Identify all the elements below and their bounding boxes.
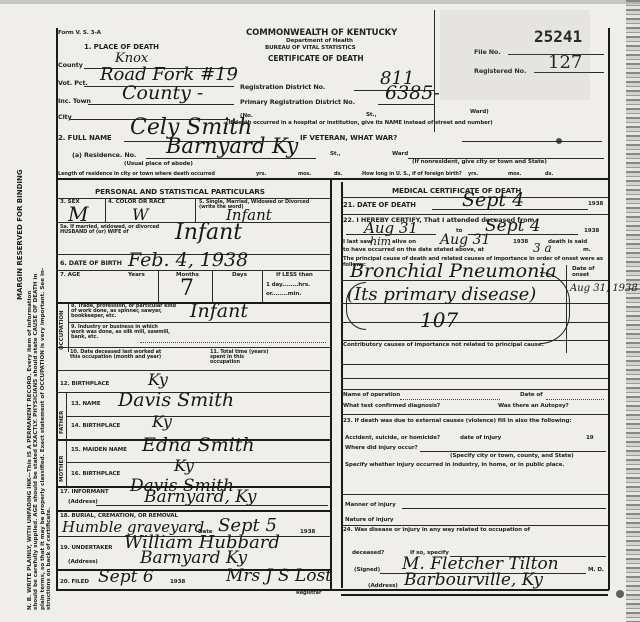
margin-instructions: N. B. WRITE PLAINLY, WITH UNFADING INK—T… xyxy=(27,268,53,610)
occupation-side-label: OCCUPATION xyxy=(59,310,65,350)
nature-label: Nature of injury xyxy=(345,518,393,524)
scan-top-edge xyxy=(0,0,640,4)
father-name-label: 13. NAME xyxy=(71,402,100,408)
dob-value: Feb. 4, 1938 xyxy=(128,251,248,270)
contrib-line-2 xyxy=(341,378,608,379)
inc-town-label: Inc. Town xyxy=(58,98,91,104)
date-of-death-value: Sept 4 xyxy=(462,191,524,210)
age-label: 7. AGE xyxy=(60,273,80,279)
spouse-value: Infant xyxy=(175,222,242,244)
residence-st-label: St., xyxy=(330,152,341,158)
date-onset-label: Date of onset xyxy=(572,267,604,278)
external-label: 23. If death was due to external causes … xyxy=(343,418,605,424)
st-label: St., xyxy=(366,113,377,119)
time-of-death-value: 3 a xyxy=(533,242,552,254)
mother-birthplace-label: 16. BIRTHPLACE xyxy=(71,472,120,478)
date-of-death-year: 1938 xyxy=(588,202,603,208)
us-yrs: yrs. xyxy=(468,172,478,177)
months-value: 7 xyxy=(180,278,194,300)
divider-top-sections xyxy=(56,178,609,180)
undertaker-label: 19. UNDERTAKER xyxy=(60,546,112,552)
occurred-text: to have occurred on the date stated abov… xyxy=(343,248,484,254)
registrar-value: Mrs J S Lost xyxy=(226,568,332,585)
father-birthplace-value: Ky xyxy=(152,414,172,430)
row-line-9 xyxy=(56,347,330,348)
industry-label: 9. Industry or business in which work wa… xyxy=(71,325,171,340)
manner-line xyxy=(402,508,606,509)
manner-label: Manner of injury xyxy=(345,503,396,509)
death-certificate: MARGIN RESERVED FOR BINDING N. B. WRITE … xyxy=(0,0,640,622)
header-bureau: BUREAU OF VITAL STATISTICS xyxy=(265,46,356,52)
row-line-10 xyxy=(56,370,330,371)
nonresident-note: (If nonresident, give city or town and S… xyxy=(412,160,547,166)
veteran-label: IF VETERAN, WHAT WAR? xyxy=(300,135,397,142)
address-line xyxy=(341,594,608,596)
last-saw-value: him xyxy=(370,236,391,247)
where-injury-line xyxy=(420,451,606,452)
md-suffix: M. D. xyxy=(588,568,604,574)
contrib-line-1 xyxy=(341,364,608,365)
row-line-17 xyxy=(56,510,330,512)
onset-value: Aug 31, 1938 xyxy=(570,284,638,294)
cause-1-value: Bronchial Pneumonia xyxy=(350,262,557,281)
injury-date-label: date of injury xyxy=(460,436,501,442)
residence-ward-label: Ward xyxy=(392,152,408,158)
residence-line xyxy=(146,158,316,159)
ward-label: Ward) xyxy=(470,110,489,116)
inc-town-value: County - xyxy=(122,84,203,103)
how-long-us: How long in U. S., if of foreign birth? xyxy=(362,172,462,177)
date-of-line xyxy=(546,399,604,400)
filed-value: Sept 6 xyxy=(98,569,154,586)
primary-registration-label: Primary Registration District No. xyxy=(240,99,355,105)
mother-side-line xyxy=(66,439,67,487)
or-min-label: or........min. xyxy=(266,292,301,298)
father-side-label: FATHER xyxy=(59,411,65,434)
informant-label: 17. INFORMANT xyxy=(60,490,109,496)
center-divider xyxy=(330,178,332,590)
county-label: County xyxy=(58,62,83,68)
residence-label: (a) Residence. No. xyxy=(72,152,136,158)
attended-to-value: Sept 4 xyxy=(485,218,541,235)
color-value: W xyxy=(132,207,148,223)
time-suffix: m. xyxy=(583,248,591,254)
trade-label: 8. Trade, profession, or particular kind… xyxy=(71,304,181,319)
last-worked-label: 10. Date deceased last worked at this oc… xyxy=(70,350,170,360)
primary-registration-line xyxy=(378,104,434,105)
alive-year: 1938 xyxy=(513,240,528,246)
age-divider-1 xyxy=(158,270,159,302)
residence-mos: mos. xyxy=(298,172,311,177)
occupation-side-line xyxy=(68,302,69,352)
row-line-23b xyxy=(341,525,608,526)
row-line-21 xyxy=(341,214,608,215)
cause-2-value: (Its primary disease) xyxy=(347,286,536,304)
header-department: Department of Health xyxy=(286,39,353,45)
scan-noise xyxy=(440,10,590,100)
father-birthplace-label: 14. BIRTHPLACE xyxy=(71,424,120,430)
industry-line xyxy=(140,342,326,343)
less-than-label: If LESS than xyxy=(276,273,313,279)
row-line-23a xyxy=(341,494,608,495)
scan-edge xyxy=(626,0,640,622)
registration-district-label: Registration District No. xyxy=(240,84,325,90)
deceased-label: deceased? xyxy=(352,551,384,557)
injury-year: 19 xyxy=(586,436,594,442)
color-marital-divider xyxy=(195,198,196,222)
hospital-note: (If death occurred in a hospital or inst… xyxy=(226,121,493,126)
usual-abode-note: (Usual place of abode) xyxy=(124,162,193,168)
contrib-line-3 xyxy=(341,389,608,390)
attended-from-line xyxy=(346,234,436,235)
day-hrs-label: 1 day........hrs. xyxy=(266,283,310,289)
personal-section-title: PERSONAL AND STATISTICAL PARTICULARS xyxy=(95,188,265,195)
sex-value: M xyxy=(68,204,88,224)
age-divider-3 xyxy=(262,270,263,302)
row-line-13 xyxy=(66,416,330,417)
alive-on-value: Aug 31 xyxy=(440,233,490,247)
residence-yrs: yrs. xyxy=(256,172,266,177)
mother-name-value: Edna Smith xyxy=(142,436,255,455)
attended-to-year: 1938 xyxy=(584,229,599,235)
margin-reserved-title: MARGIN RESERVED FOR BINDING xyxy=(16,169,24,300)
spouse-label: 5a. If married, widowed, or divorced HUS… xyxy=(60,225,160,235)
contributory-label: Contributory causes of importance not re… xyxy=(343,342,563,348)
header-certificate-title: CERTIFICATE OF DEATH xyxy=(268,55,364,63)
date-of-label: Date of xyxy=(520,393,542,399)
address-label: (Address) xyxy=(368,584,398,590)
alive-on-label: alive on xyxy=(392,240,416,246)
undertaker-address-value: Barnyard Ky xyxy=(140,550,247,567)
last-saw-label: I last saw xyxy=(343,240,372,246)
full-name-label: 2. FULL NAME xyxy=(58,135,112,142)
specify-city-note: (Specify city or town, county, and State… xyxy=(450,454,574,460)
operation-label: Name of operation xyxy=(343,393,400,399)
us-mos: mos. xyxy=(508,172,521,177)
row-line-8 xyxy=(68,322,330,323)
row-line-15 xyxy=(66,462,330,463)
address-value: Barbourville, Ky xyxy=(404,572,543,589)
mother-birthplace-value: Ky xyxy=(174,458,194,474)
us-ds: ds. xyxy=(545,172,553,177)
days-label: Days xyxy=(232,273,247,279)
header-divider xyxy=(434,10,435,132)
birthplace-value: Ky xyxy=(148,372,168,388)
place-of-death-heading: 1. PLACE OF DEATH xyxy=(84,44,159,51)
inc-town-line xyxy=(88,104,234,105)
date-of-death-label: 21. DATE OF DEATH xyxy=(343,202,416,209)
filed-year: 1938 xyxy=(170,580,185,586)
years-label: Years xyxy=(128,273,145,279)
specify-whether-label: Specify whether injury occurred in indus… xyxy=(345,462,605,468)
autopsy-label: Was there an Autopsy? xyxy=(498,404,569,410)
operation-line xyxy=(400,399,500,400)
header-commonwealth: COMMONWEALTH OF KENTUCKY xyxy=(246,29,397,38)
informant-address-value: Barnyard, Ky xyxy=(144,489,256,506)
row-line-6 xyxy=(56,270,330,271)
birthplace-label: 12. BIRTHPLACE xyxy=(60,382,109,388)
informant-address-label: (Address) xyxy=(68,500,98,506)
signed-label: (Signed) xyxy=(354,568,380,574)
burial-year: 1938 xyxy=(300,530,315,536)
related-label: 24. Was disease or injury in any way rel… xyxy=(343,528,530,534)
death-said-label: death is said xyxy=(548,240,587,246)
filed-label: 20. FILED xyxy=(60,580,89,586)
length-of-residence: Length of residence in city or town wher… xyxy=(58,172,215,177)
registrar-label: Registrar xyxy=(296,591,321,596)
scan-mark xyxy=(616,590,624,598)
cause-line-4 xyxy=(341,340,608,341)
residence-ds: ds. xyxy=(334,172,342,177)
frame-right xyxy=(608,28,610,590)
accident-label: Accident, suicide, or homicide? xyxy=(345,436,440,442)
mother-name-label: 15. MAIDEN NAME xyxy=(71,448,127,454)
form-number: Form V. S. 3-A xyxy=(58,31,101,37)
row-line-22 xyxy=(341,414,608,415)
diagnosis-label: What test confirmed diagnosis? xyxy=(343,404,440,410)
father-name-value: Davis Smith xyxy=(118,391,234,410)
primary-registration-value: 6385- xyxy=(385,84,440,103)
residence-value: Barnyard Ky xyxy=(166,136,298,157)
dob-label: 6. DATE OF BIRTH xyxy=(60,260,122,266)
trade-value: Infant xyxy=(190,302,248,321)
scan-mark-2 xyxy=(556,138,562,144)
where-injury-label: Where did injury occur? xyxy=(345,446,418,452)
total-time-label: 11. Total time (years) spent in this occ… xyxy=(210,350,270,365)
cause-3-value: 107 xyxy=(420,310,458,330)
veteran-line xyxy=(462,141,602,142)
age-divider-2 xyxy=(212,270,213,302)
undertaker-address-label: (Address) xyxy=(68,560,98,566)
mother-side-label: MOTHER xyxy=(59,456,65,483)
sex-color-divider xyxy=(105,198,106,222)
